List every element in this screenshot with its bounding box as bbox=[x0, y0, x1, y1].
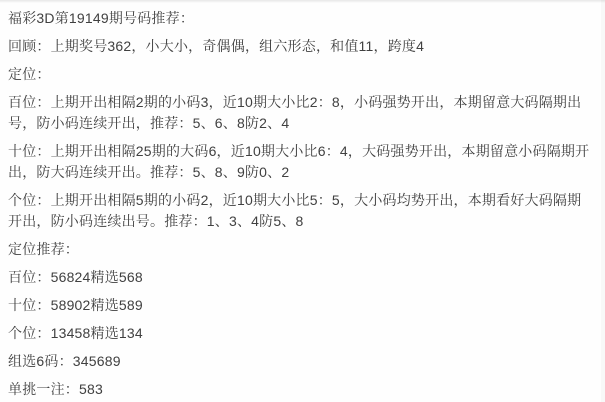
lottery-article: 福彩3D第19149期号码推荐： 回顾：上期奖号362，小大小，奇偶偶，组六形态… bbox=[0, 0, 605, 400]
recommend-heading: 定位推荐： bbox=[8, 239, 595, 260]
article-title: 福彩3D第19149期号码推荐： bbox=[8, 8, 595, 29]
single-pick: 单挑一注：583 bbox=[8, 379, 595, 400]
hundreds-pick: 百位：56824精选568 bbox=[8, 267, 595, 288]
units-analysis: 个位：上期开出相隔5期的小码2，近10期大小比5：5，大小码均势开出，本期看好大… bbox=[8, 190, 595, 232]
review-line: 回顾：上期奖号362，小大小，奇偶偶，组六形态，和值11，跨度4 bbox=[8, 36, 595, 57]
hundreds-analysis: 百位：上期开出相隔2期的小码3，近10期大小比2：8，小码强势开出，本期留意大码… bbox=[8, 92, 595, 134]
units-pick: 个位：13458精选134 bbox=[8, 323, 595, 344]
tens-analysis: 十位：上期开出相隔25期的大码6，近10期大小比6：4，大码强势开出，本期留意小… bbox=[8, 141, 595, 183]
group6-pick: 组选6码：345689 bbox=[8, 351, 595, 372]
positioning-heading: 定位： bbox=[8, 64, 595, 85]
tens-pick: 十位：58902精选589 bbox=[8, 295, 595, 316]
